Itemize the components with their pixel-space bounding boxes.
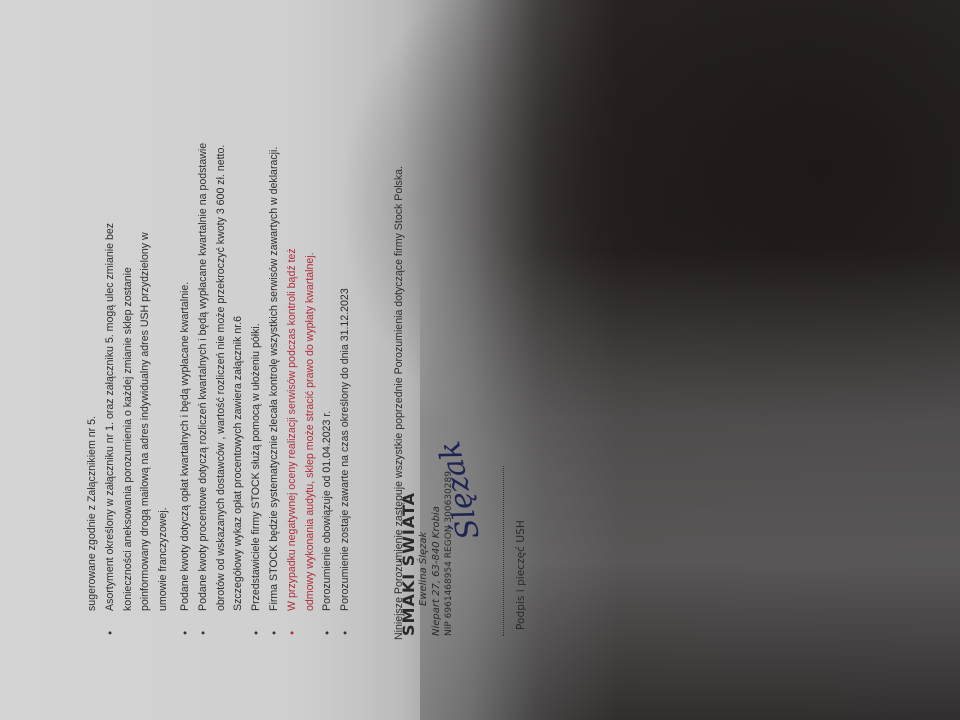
list-item-valid-until: Porozumienie zostaje zawarte na czas okr… <box>337 40 355 640</box>
stamp-address: Niepart 27, 63-840 Krobia <box>430 40 443 636</box>
list-item-assortment: Asortyment określony w załączniku nr 1. … <box>102 40 120 640</box>
signature-caption: Podpis i pieczęć USH <box>513 520 531 630</box>
signature-line <box>503 466 504 636</box>
list-item-negative-evaluation: W przypadku negatywnej oceny realizacji … <box>284 40 302 640</box>
list-item-quarterly-fees: Podane kwoty dotyczą opłat kwartalnych i… <box>177 40 195 640</box>
agreement-terms-list: sugerowane zgodnie z Załącznikiem nr 5. … <box>84 40 355 640</box>
list-item-continuation: Szczegółowy wykaz opłat procentowych zaw… <box>230 40 248 640</box>
stamp-owner: Ewelina Ślęzak <box>417 40 430 636</box>
list-item-valid-from: Porozumienie obowiązuje od 01.04.2023 r. <box>319 40 337 640</box>
photo-shadow <box>420 0 960 720</box>
list-item-continuation: odmowy wykonania audytu, sklep może stra… <box>302 40 320 640</box>
stamp-tax-ids: NIP 6961468954 REGON 300630289 <box>443 40 455 636</box>
list-item-continuation: poinformowany drogą mailową na adres ind… <box>137 40 155 640</box>
list-item-service-control: Firma STOCK będzie systematycznie zlecał… <box>266 40 284 640</box>
list-item-continuation: obrotów od wskazanych dostawców , wartoś… <box>213 40 231 640</box>
list-item-continuation: umowie franczyzowej. <box>155 40 173 640</box>
list-item-representatives: Przedstawiciele firmy STOCK służą pomocą… <box>248 40 266 640</box>
list-item-percentage-fees: Podane kwoty procentowe dotyczą rozlicze… <box>195 40 213 640</box>
rotated-document-page: sugerowane zgodnie z Załącznikiem nr 5. … <box>84 40 455 640</box>
stamp-company-name: SMAKI ŚWIATA <box>401 40 417 636</box>
list-item-continuation: konieczności aneksowania porozumienia o … <box>120 40 138 640</box>
list-item-continuation: sugerowane zgodnie z Załącznikiem nr 5. <box>84 40 102 640</box>
company-stamp: SMAKI ŚWIATA Ewelina Ślęzak Niepart 27, … <box>401 40 455 640</box>
